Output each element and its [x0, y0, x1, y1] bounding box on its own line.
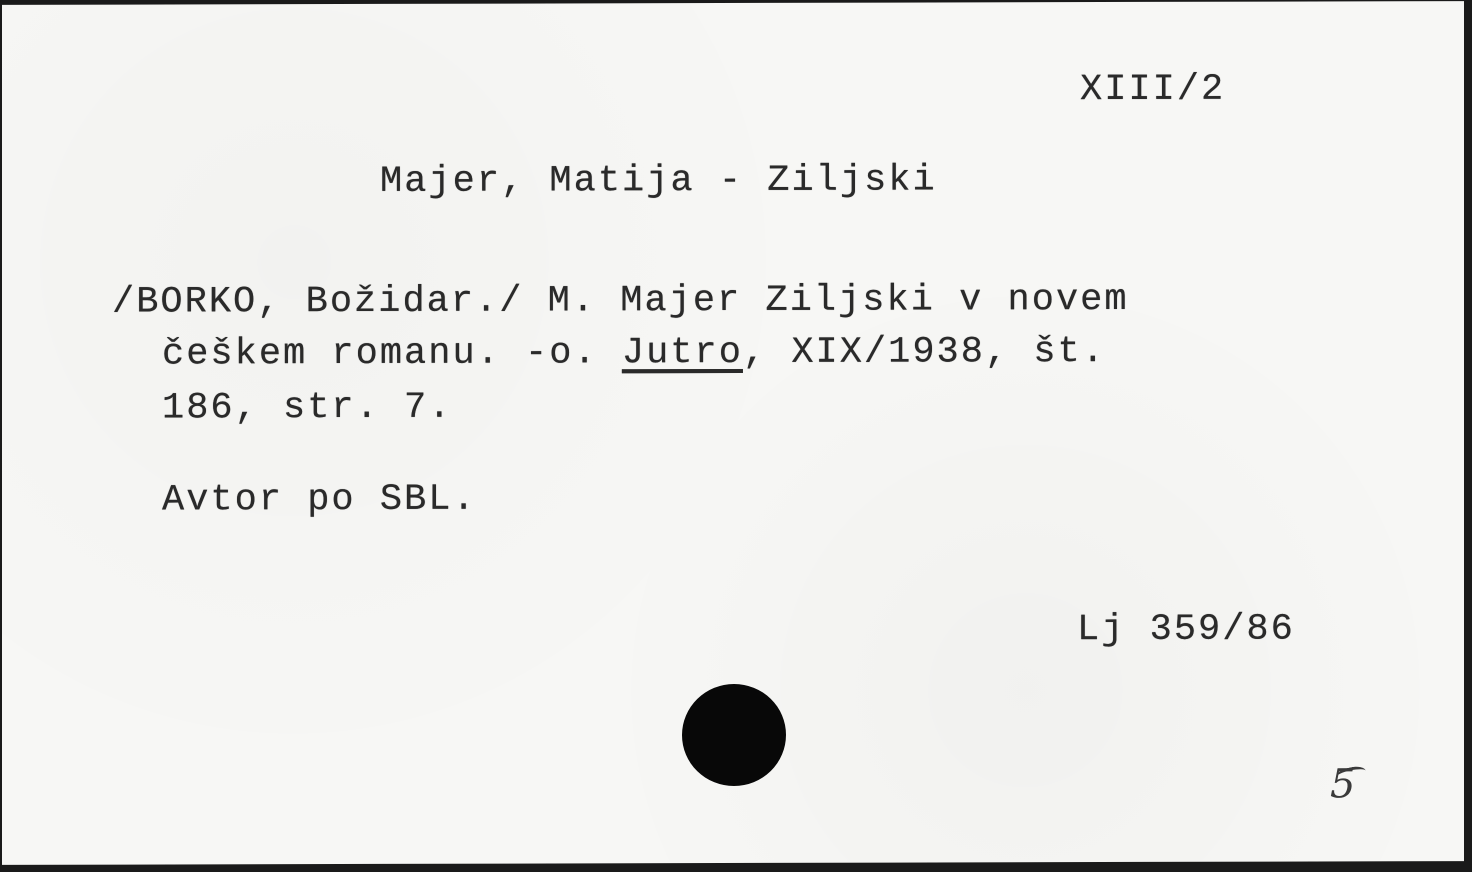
periodical-title: Jutro [622, 332, 743, 374]
entry-line-2: češkem romanu. -o. Jutro, XIX/1938, št. [162, 334, 1106, 373]
source-note: Avtor po SBL. [162, 482, 477, 520]
catalog-card: XIII/2 Majer, Matija - Ziljski /BORKO, B… [2, 1, 1464, 865]
shelf-mark: Lj 359/86 [1077, 612, 1295, 650]
handwritten-mark: 5 [1330, 761, 1355, 807]
call-number: XIII/2 [1080, 72, 1225, 109]
punch-hole [682, 684, 786, 786]
entry-line-3: 186, str. 7. [162, 390, 452, 428]
author-heading: Majer, Matija - Ziljski [380, 162, 937, 200]
entry-line-2-pre: češkem romanu. -o. [162, 332, 622, 375]
entry-line-1: /BORKO, Božidar./ M. Majer Ziljski v nov… [112, 282, 1129, 322]
entry-line-2-post: , XIX/1938, št. [743, 331, 1106, 374]
